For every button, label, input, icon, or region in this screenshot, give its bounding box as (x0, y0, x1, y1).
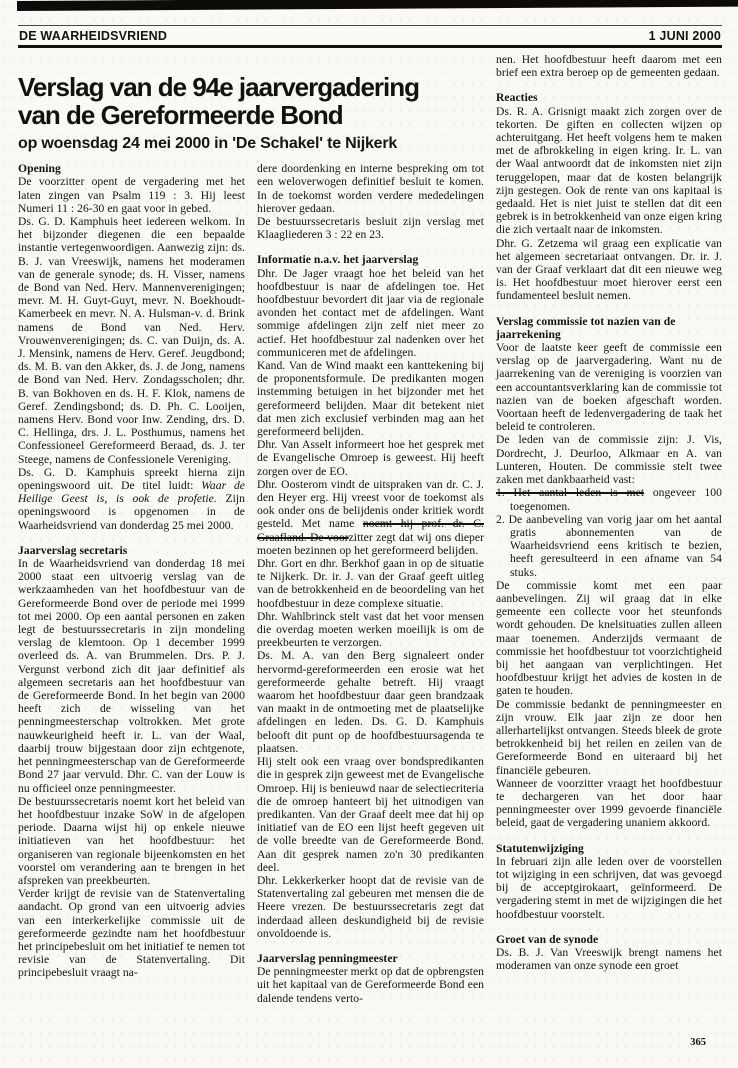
paragraph: dere doordenking en interne bespreking o… (257, 162, 484, 215)
paragraph: Kand. Van de Wind maakt een kanttekening… (257, 359, 484, 438)
paragraph: In februari zijn alle leden over de voor… (496, 855, 722, 921)
text-run: De bestuurssecretaris noemt kort het bel… (18, 795, 245, 887)
paragraph: Dhr. Lekkerkerker hoopt dat de revisie v… (257, 874, 484, 940)
scan-artifact-bar (17, 0, 738, 11)
text-run: Dhr. Gort en dhr. Berkhof gaan in op de … (257, 557, 484, 610)
text-run: Reacties (496, 91, 538, 104)
section-heading: Reacties (496, 91, 722, 104)
section-heading: Informatie n.a.v. het jaarverslag (257, 253, 484, 266)
section-heading: Opening (18, 162, 245, 175)
paragraph: Hij stelt ook een vraag over bondspredik… (257, 755, 484, 874)
paragraph: Ds. R. A. Grisnigt maakt zich zorgen ove… (496, 105, 722, 237)
text-run: De commissie komt met een paar aanbeveli… (496, 579, 722, 698)
paragraph: De penningmeester merkt op dat de opbren… (257, 965, 484, 1005)
paragraph: Ds. G. D. Kamphuis heet iedereen welkom.… (18, 215, 245, 466)
paragraph: De commissie bedankt de penningmeester e… (496, 698, 722, 777)
section-heading: Jaarverslag penningmeester (257, 952, 484, 965)
paragraph: Dhr. Oosterom vindt de uitspraken van dr… (257, 478, 484, 557)
issue-date: 1 JUNI 2000 (649, 29, 721, 43)
section-heading: Jaarverslag secretaris (18, 544, 245, 557)
masthead: DE WAARHEIDSVRIEND 1 JUNI 2000 (18, 25, 722, 48)
text-run: De voorzitter opent de vergadering met h… (18, 175, 245, 214)
text-run: dere doordenking en interne bespreking o… (257, 162, 484, 215)
masthead-title: DE WAARHEIDSVRIEND (19, 29, 167, 43)
paragraph: De commissie komt met een paar aanbeveli… (496, 579, 722, 698)
text-run: In februari zijn alle leden over de voor… (496, 855, 722, 921)
magazine-page: DE WAARHEIDSVRIEND 1 JUNI 2000 Verslag v… (0, 0, 738, 1068)
paragraph: Ds. M. A. van den Berg signaleert onder … (257, 649, 484, 755)
text-run: Verder krijgt de revisie van de Statenve… (18, 887, 245, 979)
text-run: Informatie n.a.v. het jaarverslag (257, 253, 418, 266)
section-heading: Groet van de synode (496, 933, 722, 946)
text-run: Ds. G. D. Kamphuis heet iedereen welkom.… (18, 215, 245, 466)
article-title-line-1: Verslag van de 94e jaarvergadering (18, 73, 484, 101)
paragraph: Verder krijgt de revisie van de Statenve… (18, 887, 245, 979)
text-run: Ds. R. A. Grisnigt maakt zich zorgen ove… (496, 105, 722, 237)
paragraph: Dhr. Gort en dhr. Berkhof gaan in op de … (257, 557, 484, 610)
paragraph: Dhr. Van Asselt informeert hoe het gespr… (257, 438, 484, 478)
article-subtitle: op woensdag 24 mei 2000 in 'De Schakel' … (18, 135, 484, 153)
paragraph: Dhr. Wahlbrinck stelt vast dat het voor … (257, 610, 484, 650)
text-run: Opening (18, 162, 61, 175)
text-run: Ds. B. J. Van Vreeswijk brengt namens he… (496, 946, 722, 972)
paragraph: nen. Het hoofdbestuur heeft daarom met e… (496, 53, 722, 79)
paragraph: Dhr. G. Zetzema wil graag een explicatie… (496, 237, 722, 303)
text-column-3: nen. Het hoofdbestuur heeft daarom met e… (496, 52, 722, 1068)
text-run: Dhr. Wahlbrinck stelt vast dat het voor … (257, 610, 484, 649)
text-run: Dhr. Van Asselt informeert hoe het gespr… (257, 438, 484, 477)
page-number: 365 (690, 1037, 706, 1048)
text-run: De penningmeester merkt op dat de opbren… (257, 965, 484, 1004)
article-content: Verslag van de 94e jaarvergadering van d… (18, 52, 722, 1068)
paragraph: Ds. G. D. Kamphuis spreekt hierna zijn o… (18, 466, 245, 532)
paragraph: De leden van de commissie zijn: J. Vis, … (496, 433, 722, 486)
text-run: In de Waarheidsvriend van donderdag 18 m… (18, 557, 245, 794)
text-run: Dhr. Lekkerkerker hoopt dat de revisie v… (257, 874, 484, 940)
text-run: Ds. M. A. van den Berg signaleert onder … (257, 649, 484, 754)
text-run: Verslag commissie tot nazien van de jaar… (496, 315, 675, 341)
article-left-section: Verslag van de 94e jaarvergadering van d… (18, 52, 484, 1068)
paragraph: De bestuurssecretaris noemt kort het bel… (18, 795, 245, 887)
paragraph: Ds. B. J. Van Vreeswijk brengt namens he… (496, 946, 722, 972)
text-run: Jaarverslag penningmeester (257, 952, 398, 965)
text-run: Dhr. G. Zetzema wil graag een explicatie… (496, 237, 722, 303)
article-title-line-2: van de Gereformeerde Bond (18, 101, 484, 129)
text-column-2: dere doordenking en interne bespreking o… (257, 162, 484, 1005)
section-heading: Verslag commissie tot nazien van de jaar… (496, 315, 722, 341)
section-heading: Statutenwijziging (496, 842, 722, 855)
paragraph: Dhr. De Jager vraagt hoe het beleid van … (257, 267, 484, 359)
text-run: De bestuurssecretaris besluit zijn versl… (257, 215, 484, 241)
text-run: Kand. Van de Wind maakt een kanttekening… (257, 359, 484, 438)
text-run: 2. De aanbeveling van vorig jaar om het … (496, 513, 722, 579)
text-run: Hij stelt ook een vraag over bondspredik… (257, 755, 484, 874)
text-run: Jaarverslag secretaris (18, 544, 127, 557)
text-run-strike: 1. Het aantal leden is met (496, 486, 644, 499)
paragraph: 2. De aanbeveling van vorig jaar om het … (496, 513, 722, 579)
paragraph: De bestuurssecretaris besluit zijn versl… (257, 215, 484, 241)
text-run: Voor de laatste keer geeft de commissie … (496, 341, 722, 433)
paragraph: Wanneer de voorzitter vraagt het hoofdbe… (496, 777, 722, 830)
paragraph: 1. Het aantal leden is met ongeveer 100 … (496, 486, 722, 512)
text-run: Dhr. De Jager vraagt hoe het beleid van … (257, 267, 484, 359)
text-run: De leden van de commissie zijn: J. Vis, … (496, 433, 722, 486)
text-run: Statutenwijziging (496, 842, 584, 855)
paragraph: In de Waarheidsvriend van donderdag 18 m… (18, 557, 245, 795)
paragraph: De voorzitter opent de vergadering met h… (18, 175, 245, 215)
paragraph: Voor de laatste keer geeft de commissie … (496, 341, 722, 433)
text-column-1: OpeningDe voorzitter opent de vergaderin… (18, 162, 245, 1005)
two-column-body: OpeningDe voorzitter opent de vergaderin… (18, 162, 484, 1005)
text-run: De commissie bedankt de penningmeester e… (496, 698, 722, 777)
text-run: Groet van de synode (496, 933, 598, 946)
text-run: Wanneer de voorzitter vraagt het hoofdbe… (496, 777, 722, 830)
text-run: nen. Het hoofdbestuur heeft daarom met e… (496, 53, 722, 79)
